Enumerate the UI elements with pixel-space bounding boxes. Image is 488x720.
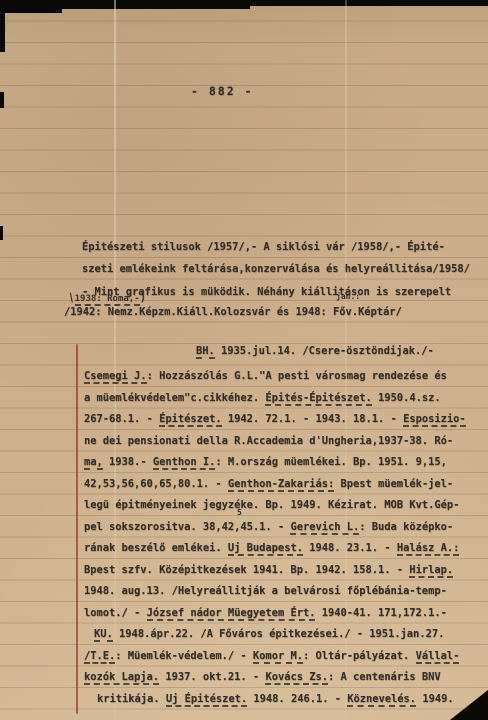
underlined-text: Gerevich L. [290,521,359,535]
underlined-text: Genthon-Zakariás: [228,478,334,492]
text-segment: : Oltár-pályázat. [303,650,416,662]
underlined-text: Épités-Épitészet. [265,392,371,406]
underlined-text: József nádor Müegyetem Ért. [147,607,316,621]
typed-line: 1948. aug.13. /Helyreállitják a belváros… [84,581,486,603]
typed-line: szeti emlékeink feltárása,konzerválása é… [82,258,484,280]
text-segment: 1949. [416,693,454,705]
underlined-text: Halász A.: [397,542,460,556]
scan-notch-left-1 [0,92,4,108]
text-segment: 1948. aug.13. /Helyreállitják a belváros… [84,585,447,597]
text-segment: kritikája. [97,693,166,705]
scanned-page: { "document": { "kind": "scanned typewri… [0,0,488,720]
underlined-text: Köznevelés. [347,693,416,707]
scan-corner-top-left [0,0,62,13]
text-segment: 1938.- [103,456,153,468]
text-segment: 1950.4.sz. [372,392,441,404]
text-segment: lomot./ - [84,607,147,619]
text-segment: Épitészeti stilusok /1957/,- A siklósi v… [82,241,445,253]
typed-line: 267-68.1. - Épitészet. 1942. 72.1. - 194… [84,409,486,431]
underlined-text: BH. [196,345,215,359]
text-segment: pel sokszorositva. 38,42,45.1. - [84,521,290,533]
typed-line: a müemlékvédelem"c.cikkéhez. Épités-Épit… [84,388,486,410]
underlined-text: Esposizio- [403,413,466,427]
text-segment: 1948.ápr.22. /A Főváros épitkezései./ - … [113,628,445,640]
text-segment: 1942. 72.1. - 1943. 18.1. - [222,413,403,425]
text-segment: legü épitményeinek jegyzéke. Bp. 1949. K… [84,499,459,511]
typed-line: Bpest szfv. Középitkezések 1941. Bp. 194… [84,560,486,582]
text-segment: rának beszélő emlékei. [84,542,228,554]
handwritten-five-correction: 5 [237,508,242,517]
text-segment: 1937. okt.21. - [159,671,265,683]
underlined-text: Kovács Zs. [265,671,328,685]
underlined-text: Hirlap. [409,564,453,578]
underlined-text: Csemegi J. [84,370,147,384]
typed-line: KU. 1948.ápr.22. /A Főváros épitkezései.… [94,624,486,646]
typed-line: kritikája. Uj Épitészet. 1948. 246.1. - … [97,689,486,711]
underlined-text: KU. [94,628,113,642]
typed-line: lomot./ - József nádor Müegyetem Ért. 19… [84,603,486,625]
typed-line: Csemegi J.: Hozzászólás G.L."A pesti vár… [84,366,486,388]
text-segment: : Hozzászólás G.L."A pesti városmag rend… [147,370,447,382]
text-segment: 1940-41. 171,172.1.- [315,607,446,619]
typed-line: /1942: Nemz.Képzm.Kiáll.Kolozsvár és 194… [64,302,484,324]
underlined-text: Uj Budapest. [228,542,303,556]
typed-line: pel sokszorositva. 38,42,45.1. - Gerevic… [84,517,486,539]
underlined-text: /T.E. [84,650,115,664]
typed-line: 42,53,56,60,65,80.1. - Genthon-Zakariás:… [84,474,486,496]
text-segment: : M.ország müemlékei. Bp. 1951. 9,15, [215,456,446,468]
underlined-text: kozók Lapja. [84,671,159,685]
text-segment: 42,53,56,60,65,80.1. - [84,478,228,490]
scan-notch-left-2 [0,226,3,240]
typed-line: rának beszélő emlékei. Uj Budapest. 1948… [84,538,486,560]
margin-rule-line [76,344,78,714]
text-segment: 1948. 246.1. - [247,693,347,705]
underlined-text: Uj Épitészet. [166,693,247,707]
handwritten-jan-note: jan.: [336,292,360,301]
text-segment: 1935.jul.14. /Csere-ösztöndijak./- [215,345,434,357]
entry-heading: BH. 1935.jul.14. /Csere-ösztöndijak./- [196,341,486,363]
text-segment: /1942: Nemz.Képzm.Kiáll.Kolozsvár és 194… [64,306,402,318]
text-segment: szeti emlékeink feltárása,konzerválása é… [82,263,470,275]
text-segment: : A centenáris BNV [328,671,441,683]
typed-line: ma, 1938.- Genthon I.: M.ország müemléke… [84,452,486,474]
underlined-text: Genthon I. [153,456,216,470]
bibliography: Csemegi J.: Hozzászólás G.L."A pesti vár… [84,366,486,710]
text-segment: 1948. 23.1. - [303,542,397,554]
underlined-text: Vállal- [416,650,460,664]
text-segment: ne dei pensionati della R.Accademia d'Un… [84,435,453,447]
typed-line: ne dei pensionati della R.Accademia d'Un… [84,431,486,453]
typed-line: BH. 1935.jul.14. /Csere-ösztöndijak./- [196,341,486,363]
underlined-text: Komor M. [253,650,303,664]
text-segment: : Buda középko- [359,521,453,533]
page-number: - 882 - [191,84,253,98]
text-segment: 267-68.1. - [84,413,159,425]
typed-line: /T.E.: Müemlék-védelem./ - Komor M.: Olt… [84,646,486,668]
biography-paragraph-last-line: /1942: Nemz.Képzm.Kiáll.Kolozsvár és 194… [64,302,484,324]
typed-line: legü épitményeinek jegyzéke. Bp. 1949. K… [84,495,486,517]
text-segment: a müemlékvédelem"c.cikkéhez. [84,392,265,404]
underlined-text: ma, [84,456,103,470]
scan-edge-left [0,0,5,52]
typed-line: Épitészeti stilusok /1957/,- A siklósi v… [82,236,484,258]
text-segment: Bpest müemlék-jel- [334,478,453,490]
typed-line: kozók Lapja. 1937. okt.21. - Kovács Zs.:… [84,667,486,689]
text-segment: : Müemlék-védelem./ - [115,650,253,662]
underlined-text: Épitészet. [159,413,222,427]
text-segment: Bpest szfv. Középitkezések 1941. Bp. 194… [84,564,409,576]
